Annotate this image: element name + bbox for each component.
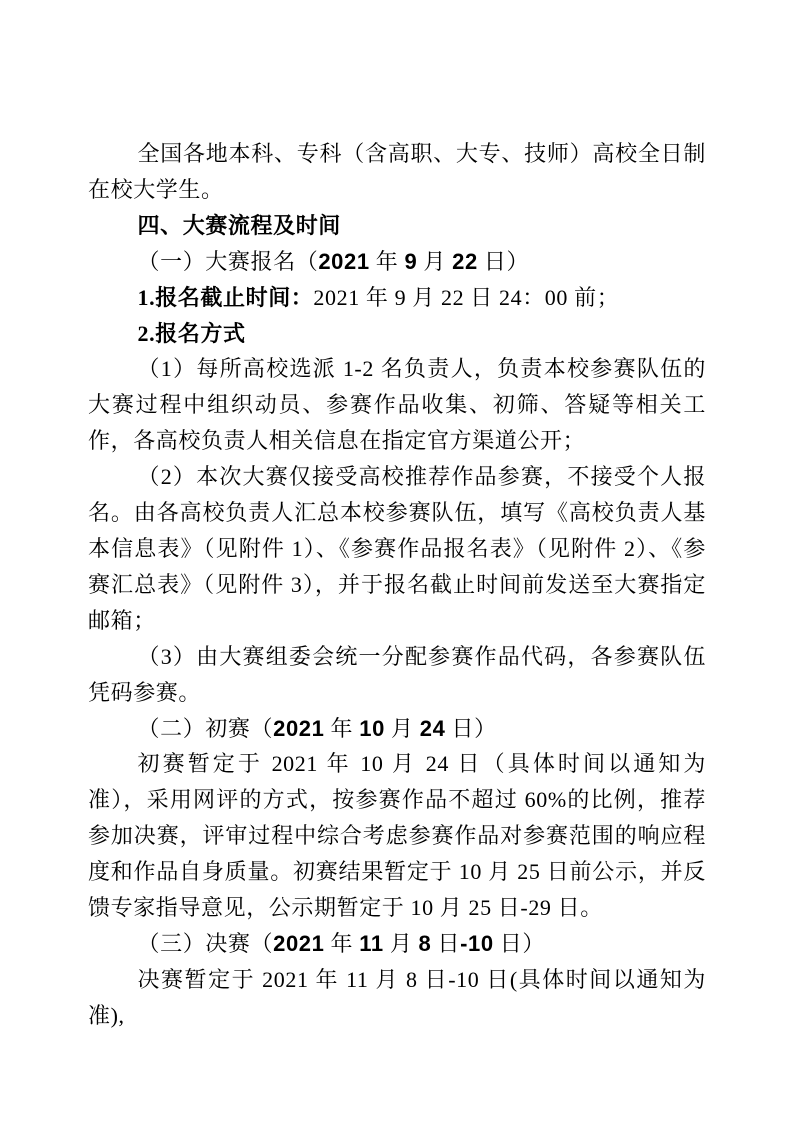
text-run: 年 <box>324 716 359 741</box>
registration-method-point-2: （2）本次大赛仅接受高校推荐作品参赛，不接受个人报名。由各高校负责人汇总本校参赛… <box>88 459 706 639</box>
text-run: （一）大赛报名（ <box>138 249 319 274</box>
text-run: 2.报名方式 <box>138 321 246 346</box>
text-run: 四、大赛流程及时间 <box>138 213 341 238</box>
eligibility-paragraph: 全国各地本科、专科（含高职、大专、技师）高校全日制在校大学生。 <box>88 136 706 208</box>
document-body: 全国各地本科、专科（含高职、大专、技师）高校全日制在校大学生。四、大赛流程及时间… <box>88 136 706 1034</box>
text-run: 日 <box>431 931 460 956</box>
text-run: （三）决赛（ <box>138 931 274 956</box>
text-run: 2021 <box>273 716 324 741</box>
text-run: 2021 <box>318 249 369 274</box>
text-run: 11 <box>359 931 383 956</box>
text-run: 9 <box>404 249 417 274</box>
text-run: 初赛暂定于 2021 年 10 月 24 日（具体时间以通知为准），采用网评的方… <box>88 751 706 920</box>
text-run: 日） <box>445 716 496 741</box>
preliminary-round-paragraph: 初赛暂定于 2021 年 10 月 24 日（具体时间以通知为准），采用网评的方… <box>88 746 706 926</box>
text-run: 2021 年 9 月 22 日 24：00 前； <box>313 285 619 310</box>
final-round-paragraph: 决赛暂定于 2021 年 11 月 8 日-10 日(具体时间以通知为准), <box>88 962 706 1034</box>
text-run: -10 <box>460 931 494 956</box>
text-run: 月 <box>417 249 452 274</box>
registration-method-point-1: （1）每所高校选派 1-2 名负责人，负责本校参赛队伍的大赛过程中组织动员、参赛… <box>88 351 706 459</box>
registration-deadline-item: 1.报名截止时间：2021 年 9 月 22 日 24：00 前； <box>88 280 706 316</box>
subsection-3-heading: （三）决赛（2021 年 11 月 8 日-10 日） <box>88 926 706 962</box>
registration-method-item: 2.报名方式 <box>88 316 706 352</box>
text-run: （2）本次大赛仅接受高校推荐作品参赛，不接受个人报名。由各高校负责人汇总本校参赛… <box>88 464 706 633</box>
subsection-2-heading: （二）初赛（2021 年 10 月 24 日） <box>88 711 706 747</box>
text-run: 年 <box>370 249 405 274</box>
text-run: 22 <box>452 249 478 274</box>
text-run: （1）每所高校选派 1-2 名负责人，负责本校参赛队伍的大赛过程中组织动员、参赛… <box>88 356 706 453</box>
text-run: 日） <box>494 931 545 956</box>
text-run: 8 <box>419 931 432 956</box>
text-run: 2021 <box>273 931 324 956</box>
document-page: 全国各地本科、专科（含高职、大专、技师）高校全日制在校大学生。四、大赛流程及时间… <box>0 0 794 1123</box>
text-run: 1.报名截止时间： <box>138 285 314 310</box>
section-heading-4: 四、大赛流程及时间 <box>88 208 706 244</box>
text-run: 日） <box>478 249 529 274</box>
text-run: 月 <box>384 931 419 956</box>
text-run: 24 <box>420 716 446 741</box>
registration-method-point-3: （3）由大赛组委会统一分配参赛作品代码，各参赛队伍凭码参赛。 <box>88 639 706 711</box>
text-run: 决赛暂定于 2021 年 11 月 8 日-10 日(具体时间以通知为准), <box>88 967 706 1028</box>
text-run: 月 <box>385 716 420 741</box>
text-run: 全国各地本科、专科（含高职、大专、技师）高校全日制在校大学生。 <box>88 141 706 202</box>
text-run: （3）由大赛组委会统一分配参赛作品代码，各参赛队伍凭码参赛。 <box>88 644 706 705</box>
text-run: 年 <box>324 931 359 956</box>
text-run: 10 <box>359 716 385 741</box>
text-run: （二）初赛（ <box>138 716 274 741</box>
subsection-1-heading: （一）大赛报名（2021 年 9 月 22 日） <box>88 244 706 280</box>
